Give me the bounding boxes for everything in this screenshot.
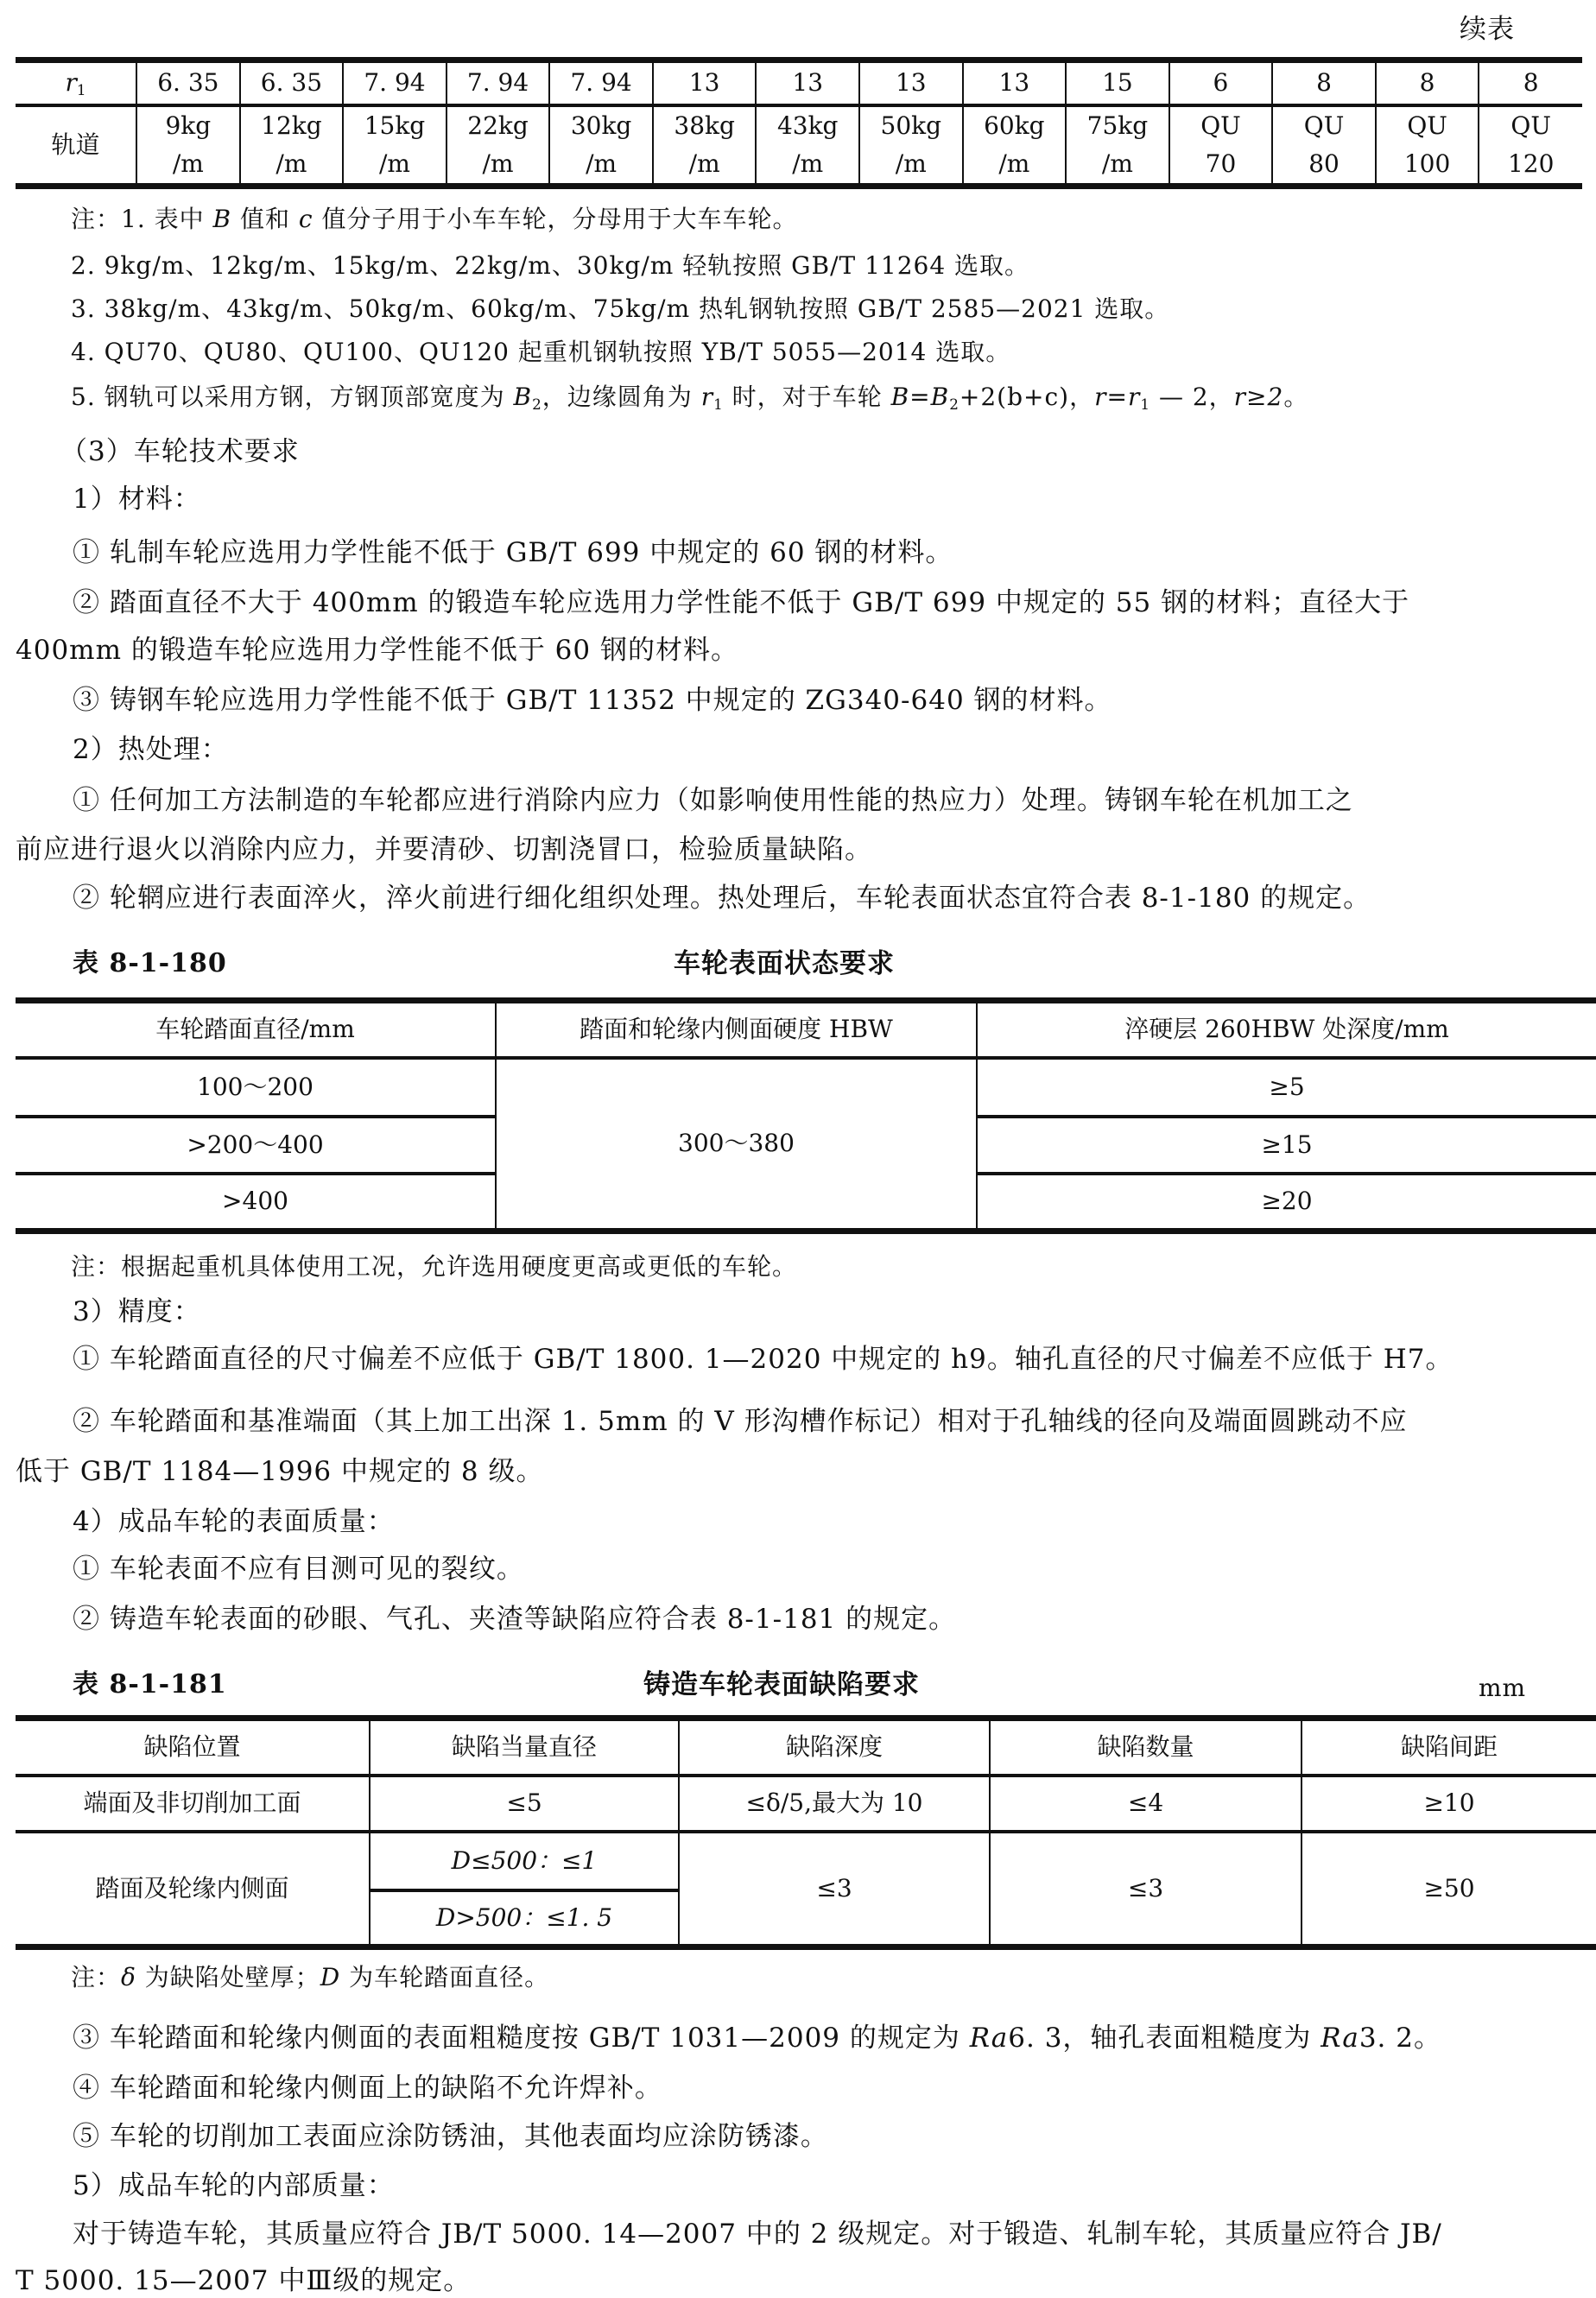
rail-cell: 15kg/m xyxy=(343,105,446,187)
rail-table: r1 6. 35 6. 35 7. 94 7. 94 7. 94 13 13 1… xyxy=(16,57,1582,189)
rail-note-5: 5. 钢轨可以采用方钢，方钢顶部宽度为 B2，边缘圆角为 r1 时，对于车轮 B… xyxy=(71,380,1308,415)
rail-table-r1-row: r1 6. 35 6. 35 7. 94 7. 94 7. 94 13 13 1… xyxy=(16,60,1582,105)
diameter-cell: D≤500：≤1 xyxy=(370,1832,679,1890)
r1-cell: 6. 35 xyxy=(240,60,344,105)
table-180-note: 注：根据起重机具体使用工况，允许选用硬度更高或更低的车轮。 xyxy=(71,1250,797,1284)
rail-header: 轨道 xyxy=(16,105,136,187)
precision-item-2-cont: 低于 GB/T 1184—1996 中规定的 8 级。 xyxy=(16,1454,543,1489)
depth-cell: ≥20 xyxy=(977,1174,1596,1231)
table-181-row: 端面及非切削加工面 ≤5 ≤δ/5,最大为 10 ≤4 ≥10 xyxy=(16,1776,1596,1832)
subheading-precision: 3）精度： xyxy=(73,1295,201,1329)
rail-cell: 12kg/m xyxy=(240,105,344,187)
table-181-row: 踏面及轮缘内侧面 D≤500：≤1 ≤3 ≤3 ≥50 xyxy=(16,1832,1596,1890)
diameter-cell: >400 xyxy=(16,1174,496,1231)
surface-quality-item-2: ② 铸造车轮表面的砂眼、气孔、夹渣等缺陷应符合表 8-1-181 的规定。 xyxy=(73,1602,956,1636)
rail-note-2: 2. 9kg/m、12kg/m、15kg/m、22kg/m、30kg/m 轻轨按… xyxy=(71,249,1029,283)
rail-cell: QU80 xyxy=(1272,105,1376,187)
material-item-1: ① 轧制车轮应选用力学性能不低于 GB/T 699 中规定的 60 钢的材料。 xyxy=(73,535,953,570)
position-cell: 端面及非切削加工面 xyxy=(16,1776,370,1832)
rail-cell: 43kg/m xyxy=(756,105,859,187)
heat-treatment-item-2: ② 轮辋应进行表面淬火，淬火前进行细化组织处理。热处理后，车轮表面状态宜符合表 … xyxy=(73,881,1371,915)
diameter-cell: 100～200 xyxy=(16,1058,496,1117)
table-180: 车轮踏面直径/mm 踏面和轮缘内侧面硬度 HBW 淬硬层 260HBW 处深度/… xyxy=(16,997,1596,1234)
subheading-heat-treatment: 2）热处理： xyxy=(73,732,229,767)
r1-cell: 8 xyxy=(1479,60,1582,105)
internal-quality-text: 对于铸造车轮，其质量应符合 JB/T 5000. 14—2007 中的 2 级规… xyxy=(73,2217,1442,2251)
table-181-header: 缺陷数量 xyxy=(990,1719,1301,1776)
material-item-2: ② 踏面直径不大于 400mm 的锻造车轮应选用力学性能不低于 GB/T 699… xyxy=(73,586,1409,620)
r1-header: r1 xyxy=(16,60,136,105)
table-180-header: 车轮踏面直径/mm xyxy=(16,1001,496,1058)
r1-cell: 6 xyxy=(1169,60,1273,105)
subheading-internal-quality: 5）成品车轮的内部质量： xyxy=(73,2168,395,2203)
table-181-header: 缺陷间距 xyxy=(1301,1719,1596,1776)
subheading-material: 1）材料： xyxy=(73,482,201,516)
rail-note-1: 注：1. 表中 B 值和 c 值分子用于小车车轮，分母用于大车车轮。 xyxy=(71,202,798,237)
r1-cell: 7. 94 xyxy=(446,60,550,105)
depth-cell: ≤3 xyxy=(679,1832,990,1947)
table-181-note: 注：δ 为缺陷处壁厚；D 为车轮踏面直径。 xyxy=(71,1960,549,1995)
rail-note-4: 4. QU70、QU80、QU100、QU120 起重机钢轨按照 YB/T 50… xyxy=(71,335,1010,370)
table-181: 缺陷位置 缺陷当量直径 缺陷深度 缺陷数量 缺陷间距 端面及非切削加工面 ≤5 … xyxy=(16,1715,1596,1950)
table-180-row: 100～200 300～380 ≥5 xyxy=(16,1058,1596,1117)
surface-quality-item-3: ③ 车轮踏面和轮缘内侧面的表面粗糙度按 GB/T 1031—2009 的规定为 … xyxy=(73,2021,1441,2055)
r1-cell: 13 xyxy=(653,60,757,105)
surface-quality-item-4: ④ 车轮踏面和轮缘内侧面上的缺陷不允许焊补。 xyxy=(73,2071,662,2105)
diameter-cell: D>500：≤1. 5 xyxy=(370,1890,679,1947)
depth-cell: ≥15 xyxy=(977,1117,1596,1174)
rail-cell: QU100 xyxy=(1376,105,1479,187)
table-180-number: 表 8-1-180 xyxy=(73,946,227,981)
position-cell: 踏面及轮缘内侧面 xyxy=(16,1832,370,1947)
rail-cell: 38kg/m xyxy=(653,105,757,187)
r1-cell: 7. 94 xyxy=(343,60,446,105)
count-cell: ≤4 xyxy=(990,1776,1301,1832)
rail-cell: 50kg/m xyxy=(859,105,963,187)
spacing-cell: ≥10 xyxy=(1301,1776,1596,1832)
diameter-cell: >200～400 xyxy=(16,1117,496,1174)
count-cell: ≤3 xyxy=(990,1832,1301,1947)
rail-cell: 9kg/m xyxy=(136,105,240,187)
r1-cell: 8 xyxy=(1272,60,1376,105)
table-181-header-row: 缺陷位置 缺陷当量直径 缺陷深度 缺陷数量 缺陷间距 xyxy=(16,1719,1596,1776)
table-181-title: 铸造车轮表面缺陷要求 xyxy=(643,1668,920,1702)
rail-cell: QU70 xyxy=(1169,105,1273,187)
depth-cell: ≤δ/5,最大为 10 xyxy=(679,1776,990,1832)
rail-note-3: 3. 38kg/m、43kg/m、50kg/m、60kg/m、75kg/m 热轧… xyxy=(71,292,1169,326)
hardness-cell: 300～380 xyxy=(496,1058,977,1231)
table-181-header: 缺陷位置 xyxy=(16,1719,370,1776)
table-180-title: 车轮表面状态要求 xyxy=(674,946,895,981)
material-item-3: ③ 铸钢车轮应选用力学性能不低于 GB/T 11352 中规定的 ZG340-6… xyxy=(73,683,1112,718)
surface-quality-item-1: ① 车轮表面不应有目测可见的裂纹。 xyxy=(73,1552,524,1586)
table-180-header-row: 车轮踏面直径/mm 踏面和轮缘内侧面硬度 HBW 淬硬层 260HBW 处深度/… xyxy=(16,1001,1596,1058)
table-181-header: 缺陷深度 xyxy=(679,1719,990,1776)
rail-cell: 75kg/m xyxy=(1066,105,1169,187)
rail-cell: QU120 xyxy=(1479,105,1582,187)
table-181-number: 表 8-1-181 xyxy=(73,1668,227,1702)
r1-cell: 6. 35 xyxy=(136,60,240,105)
r1-cell: 13 xyxy=(963,60,1067,105)
r1-cell: 7. 94 xyxy=(549,60,653,105)
depth-cell: ≥5 xyxy=(977,1058,1596,1117)
precision-item-1: ① 车轮踏面直径的尺寸偏差不应低于 GB/T 1800. 1—2020 中规定的… xyxy=(73,1342,1453,1377)
rail-cell: 30kg/m xyxy=(549,105,653,187)
rail-cell: 22kg/m xyxy=(446,105,550,187)
heat-treatment-item-1-cont: 前应进行退火以消除内应力，并要清砂、切割浇冒口，检验质量缺陷。 xyxy=(16,832,872,867)
table-180-header: 淬硬层 260HBW 处深度/mm xyxy=(977,1001,1596,1058)
section-heading-wheel-tech-requirements: （3）车轮技术要求 xyxy=(60,434,300,469)
r1-cell: 13 xyxy=(756,60,859,105)
rail-cell: 60kg/m xyxy=(963,105,1067,187)
table-180-header: 踏面和轮缘内侧面硬度 HBW xyxy=(496,1001,977,1058)
precision-item-2: ② 车轮踏面和基准端面（其上加工出深 1. 5mm 的 V 形沟槽作标记）相对于… xyxy=(73,1404,1408,1439)
subheading-surface-quality: 4）成品车轮的表面质量： xyxy=(73,1504,395,1539)
surface-quality-item-5: ⑤ 车轮的切削加工表面应涂防锈油，其他表面均应涂防锈漆。 xyxy=(73,2119,828,2154)
r1-cell: 15 xyxy=(1066,60,1169,105)
spacing-cell: ≥50 xyxy=(1301,1832,1596,1947)
internal-quality-text-cont: T 5000. 15—2007 中Ⅲ级的规定。 xyxy=(16,2263,471,2298)
r1-cell: 13 xyxy=(859,60,963,105)
heat-treatment-item-1: ① 任何加工方法制造的车轮都应进行消除内应力（如影响使用性能的热应力）处理。铸钢… xyxy=(73,783,1353,818)
table-181-header: 缺陷当量直径 xyxy=(370,1719,679,1776)
material-item-2-cont: 400mm 的锻造车轮应选用力学性能不低于 60 钢的材料。 xyxy=(16,633,738,668)
table-181-unit: mm xyxy=(1479,1671,1526,1706)
diameter-cell: ≤5 xyxy=(370,1776,679,1832)
rail-table-rail-row: 轨道 9kg/m 12kg/m 15kg/m 22kg/m 30kg/m 38k… xyxy=(16,105,1582,187)
continued-table-label: 续表 xyxy=(1460,12,1515,47)
r1-cell: 8 xyxy=(1376,60,1479,105)
